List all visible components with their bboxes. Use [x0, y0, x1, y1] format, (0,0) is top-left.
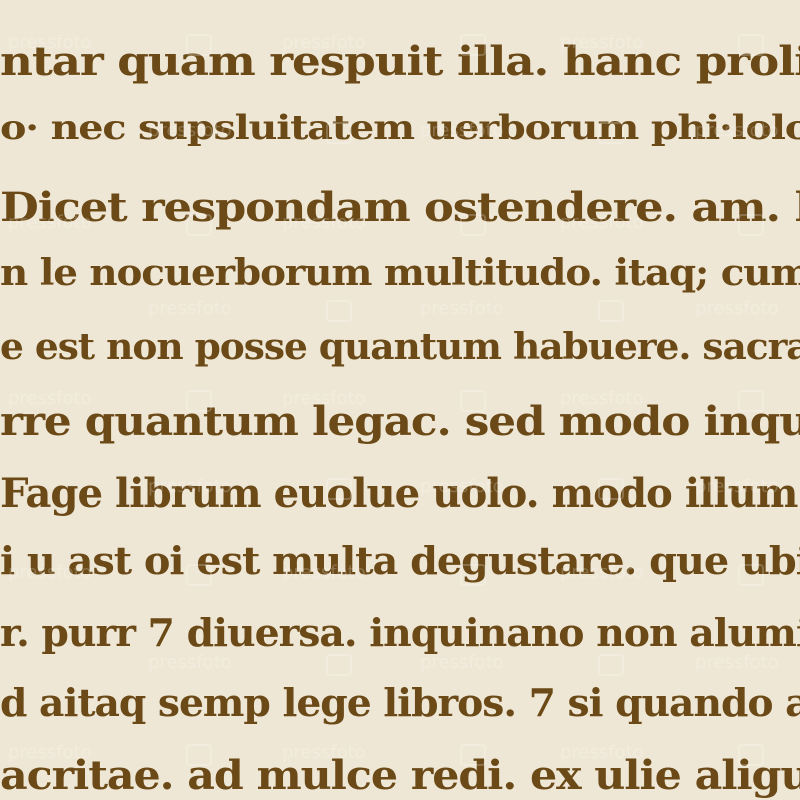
- watermark-text: pressfoto: [420, 298, 504, 319]
- watermark-text: pressfoto: [695, 652, 779, 673]
- camera-icon: [326, 300, 352, 322]
- manuscript-line: Fage librum euolue uolo. modo illum.: [0, 470, 800, 517]
- manuscript-line: o· nec supsluitatem uerborum phi·lolo: [0, 108, 800, 148]
- camera-icon: [326, 654, 352, 676]
- manuscript-line: acritae. ad mulce redi. ex ulie aligu: [0, 752, 800, 799]
- manuscript-line: n le nocuerborum multitudo. itaq; cum: [0, 252, 800, 294]
- watermark-text: pressfoto: [420, 652, 504, 673]
- manuscript-line: d aitaq semp lege libros. 7 si quando a: [0, 680, 800, 725]
- manuscript-line: i u ast oi est multa degustare. que ubi: [0, 538, 800, 583]
- camera-icon: [598, 654, 624, 676]
- manuscript-line: ntar quam respuit illa. hanc proli: [0, 38, 800, 85]
- manuscript-line: Dicet respondam ostendere. am. l: [0, 184, 800, 231]
- manuscript-line: e est non posse quantum habuere. sacra: [0, 326, 800, 368]
- manuscript-page: ntar quam respuit illa. hanc prolio· nec…: [0, 0, 800, 800]
- watermark-text: pressfoto: [695, 298, 779, 319]
- manuscript-line: rre quantum legac. sed modo inqu: [0, 398, 800, 445]
- manuscript-line: r. purr 7 diuersa. inquinano non alumi: [0, 610, 800, 655]
- watermark-text: pressfoto: [148, 298, 232, 319]
- camera-icon: [598, 300, 624, 322]
- watermark-text: pressfoto: [148, 652, 232, 673]
